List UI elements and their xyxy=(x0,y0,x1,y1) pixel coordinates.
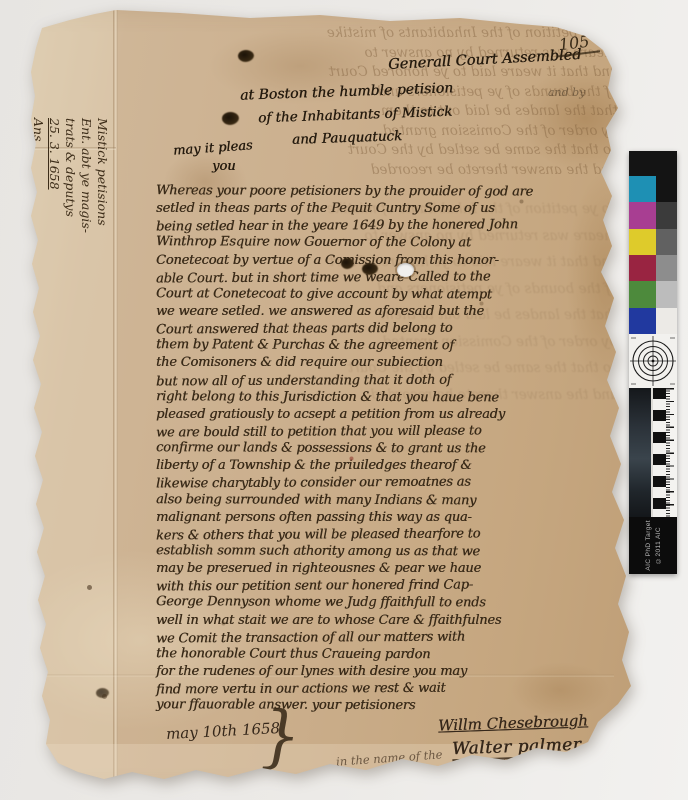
manuscript-line: Whereas your poore petisioners by the pr… xyxy=(156,183,634,202)
curly-brace-flourish: } xyxy=(260,698,301,776)
manuscript-line: we Comit the transaction of all our matt… xyxy=(156,628,634,648)
gray-patch xyxy=(656,308,677,334)
endorsement-line: Mistick petisions xyxy=(94,118,110,295)
ruler-ticks xyxy=(666,388,677,517)
manuscript-line: able Court. but in short time we weare C… xyxy=(156,268,634,288)
margin-endorsement: Mistick petisionsEnt. abt ye magis-trats… xyxy=(30,118,110,295)
manuscript-line: confirme our lands & possessions & to gr… xyxy=(156,440,634,459)
color-patch-grid xyxy=(629,176,677,334)
manuscript-paper: To ye petition of the Inhabitants of mis… xyxy=(0,0,688,800)
color-patch xyxy=(629,255,656,281)
manuscript-line: the Comisoners & did require our subiect… xyxy=(156,355,634,372)
manuscript-line: well in what stait we are to whose Care … xyxy=(156,613,634,630)
checkerboard-strip xyxy=(653,388,666,517)
ink-blot xyxy=(222,112,239,125)
endorsement-line: trats & deputys xyxy=(62,118,78,295)
color-calibration-target: AIC PhD Target ©2011 AIC xyxy=(629,151,677,574)
manuscript-line: for the rudenes of our lynes with desire… xyxy=(156,664,634,681)
manuscript-line: Conetecoat by vertue of a Comission from… xyxy=(156,253,634,270)
color-patch xyxy=(629,229,656,255)
manuscript-line: establish somm such athority among us as… xyxy=(156,543,634,562)
target-label-text: AIC PhD Target xyxy=(645,520,652,571)
heading-fragment: you xyxy=(212,159,236,174)
manuscript-line: we weare setled. we answered as aforesai… xyxy=(156,304,634,321)
bleedthrough-line: To ye petition of the Inhabitants of mis… xyxy=(118,24,618,44)
color-patch-row xyxy=(629,281,677,307)
manuscript-line: also being surrounded with many Indians … xyxy=(156,492,634,511)
gloss-density-strip xyxy=(629,388,651,517)
endorsement-line: 25. 3. 1658 xyxy=(46,118,62,295)
heading-fragment: and by xyxy=(548,86,585,99)
color-patch xyxy=(629,202,656,228)
manuscript-line: liberty of a Township & the priuiledges … xyxy=(156,458,634,475)
manuscript-line: likewise charytably to consider our remo… xyxy=(156,474,634,494)
focus-rings-target xyxy=(629,334,677,388)
target-black-band xyxy=(629,151,677,176)
manuscript-line: may be preserued in righteousnes & pear … xyxy=(156,561,634,578)
paper-specks xyxy=(0,0,3,3)
petition-body-text: Whereas your poore petisioners by the pr… xyxy=(156,184,634,715)
gray-patch xyxy=(656,229,677,255)
manuscript-line: but now all of us understanding that it … xyxy=(156,371,634,391)
manuscript-line: George Dennyson whome we Judg ffaithfull… xyxy=(156,595,634,614)
color-patch-row xyxy=(629,255,677,281)
gray-patch xyxy=(656,202,677,228)
manuscript-line: setled in theas parts of the Pequit Cunt… xyxy=(156,201,634,218)
manuscript-line: pleased gratiously to acsept a petition … xyxy=(156,407,634,424)
color-patch xyxy=(629,308,656,334)
color-patch-row xyxy=(629,202,677,228)
ink-blot xyxy=(238,50,254,62)
bleedthrough-line: and the answer thereto be recorded xyxy=(118,161,618,181)
color-patch xyxy=(629,176,656,202)
target-ruler-section xyxy=(629,388,677,517)
ink-blot xyxy=(362,263,378,275)
manuscript-line: them by Patent & Purchas & the agreement… xyxy=(156,337,634,356)
ink-blot xyxy=(96,688,109,698)
signature-palmer: Walter palmer xyxy=(452,735,582,761)
photograph-backdrop: To ye petition of the Inhabitants of mis… xyxy=(0,0,688,800)
endorsement-line: Ent. abt ye magis- xyxy=(78,118,94,295)
gray-patch xyxy=(656,255,677,281)
signature-chesebrough: Willm Chesebrough xyxy=(438,711,588,734)
manuscript-line: the honorable Court thus Craueing pardon xyxy=(156,646,634,665)
bleedthrough-line: and that it weare laid to ye honored Cou… xyxy=(118,63,618,83)
manuscript-line: Court at Conetecoat to give account by w… xyxy=(156,286,634,305)
manuscript-line: right belong to this Jurisdiction & that… xyxy=(156,389,634,408)
color-patch-row xyxy=(629,308,677,334)
color-patch xyxy=(629,281,656,307)
gray-patch xyxy=(656,176,677,202)
manuscript-line: kers & others that you will be pleased t… xyxy=(156,525,634,545)
paper-hole xyxy=(397,263,414,277)
gray-patch xyxy=(656,281,677,307)
signature-stanton: Tho: Stanton xyxy=(462,754,551,775)
attestation-text: rest xyxy=(372,765,395,779)
target-copyright-text: ©2011 AIC xyxy=(655,527,662,564)
endorsement-line: Ans xyxy=(30,118,46,295)
manuscript-line: Winthrop Esquire now Gouernor of the Col… xyxy=(156,235,634,254)
ink-blot xyxy=(341,258,354,269)
color-patch-row xyxy=(629,176,677,202)
target-label-band: AIC PhD Target ©2011 AIC xyxy=(629,517,677,574)
manuscript-line: malignant persons often passing this way… xyxy=(156,510,634,527)
color-patch-row xyxy=(629,229,677,255)
manuscript-paper-shadow: To ye petition of the Inhabitants of mis… xyxy=(0,0,688,800)
concentric-circles-graphic xyxy=(629,334,677,388)
